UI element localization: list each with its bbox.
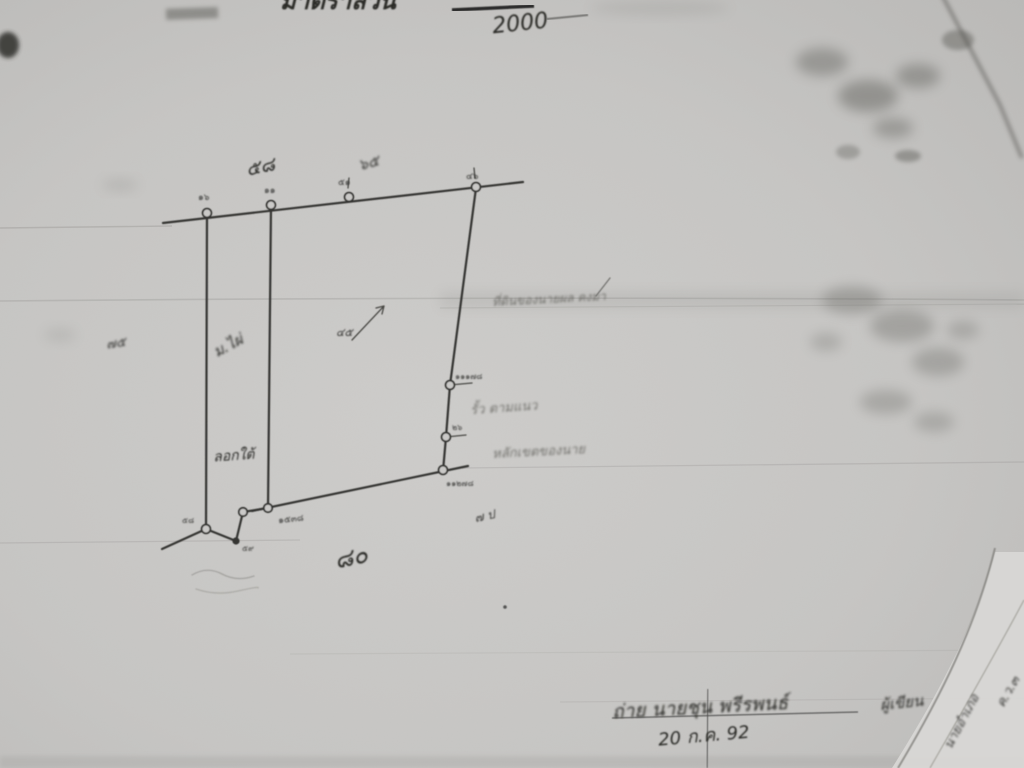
stain-blob bbox=[860, 390, 912, 414]
survey-monument bbox=[446, 381, 455, 390]
point-label: ๕๑ bbox=[338, 178, 351, 188]
stain-blob bbox=[895, 150, 921, 162]
stain-blob bbox=[796, 48, 848, 76]
point-label: ๕๘ bbox=[182, 516, 194, 525]
stain-blob bbox=[838, 80, 898, 112]
survey-monument bbox=[267, 201, 276, 210]
survey-monument bbox=[239, 508, 247, 516]
survey-monument bbox=[472, 183, 481, 192]
stain-blob bbox=[870, 310, 934, 342]
stain-blob bbox=[836, 145, 860, 159]
point-label: ๑๖ bbox=[198, 193, 210, 203]
stain-blob bbox=[896, 64, 940, 88]
survey-monument bbox=[442, 433, 451, 442]
annotation-south-scribble: ลอกใต้ bbox=[213, 445, 258, 465]
point-label: ๑๑๑๗๘ bbox=[455, 372, 482, 381]
stain-blob bbox=[912, 348, 964, 376]
scanned-survey-document: มาตราส่วน 2000 ๑๖ ๑๑ bbox=[0, 0, 1024, 768]
stain-blob bbox=[947, 321, 979, 339]
stain-blob bbox=[102, 179, 138, 191]
point-label: ๒๖ bbox=[452, 423, 462, 432]
point-label: ๕๙ bbox=[242, 544, 254, 553]
survey-monument bbox=[203, 209, 212, 218]
stain-blob bbox=[44, 328, 76, 342]
boundary-line-west bbox=[206, 214, 207, 529]
point-label: ๑๑ bbox=[264, 186, 275, 196]
point-label: ๔๖ bbox=[466, 172, 479, 182]
survey-monument bbox=[345, 193, 354, 202]
stain-blob bbox=[914, 412, 954, 432]
stain-blob bbox=[810, 333, 842, 351]
survey-monument bbox=[202, 525, 211, 534]
stain-blob bbox=[590, 1, 730, 15]
point-label: ๑๑๒๗๘ bbox=[446, 479, 474, 488]
speck bbox=[503, 605, 507, 609]
survey-dot bbox=[232, 537, 239, 544]
annotation-arrow-number: ๔๕ bbox=[336, 326, 354, 339]
survey-monument bbox=[264, 504, 272, 512]
stain-blob bbox=[166, 7, 218, 20]
survey-monument bbox=[439, 466, 448, 475]
scale-word: มาตราส่วน bbox=[280, 0, 397, 15]
bottom-edge-shadow bbox=[0, 756, 1024, 768]
stain-blob bbox=[873, 118, 913, 138]
